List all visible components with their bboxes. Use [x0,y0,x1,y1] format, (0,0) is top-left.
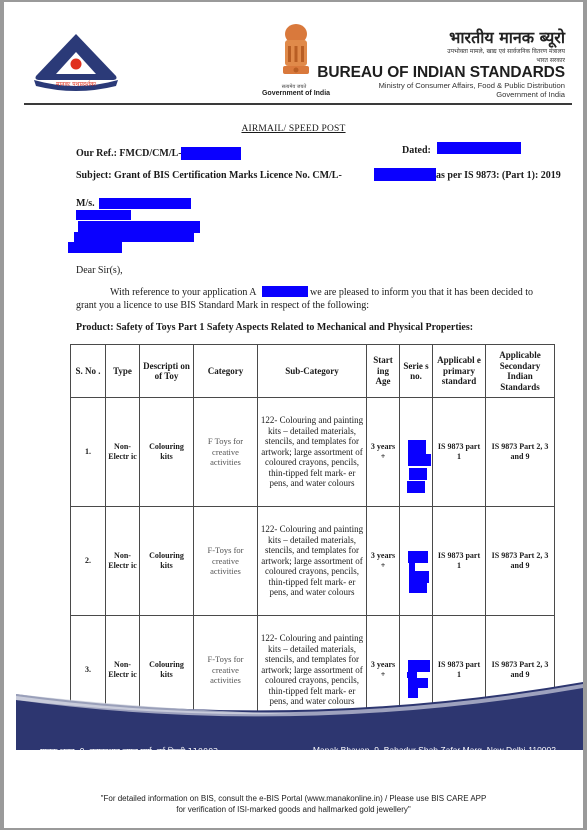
footer-band [16,682,583,750]
cell-subcategory: 122- Colouring and painting kits – detai… [258,398,367,507]
cell-sno: 2. [71,507,106,616]
header-subcategory: Sub-Category [258,345,367,398]
footer-contact-hindi: ई–मेल : info@bis.gov.in वेबसाईट : www.bi… [40,772,210,782]
subject-line: Subject: Grant of BIS Certification Mark… [76,170,342,181]
dispatch-mode: AIRMAIL/ SPEED POST [4,124,583,134]
cell-description: Colouring kits [140,398,194,507]
table-row: 2. Non- Electr ic Colouring kits F-Toys … [71,507,555,616]
org-name-hindi: भारतीय मानक ब्यूरो [449,26,565,48]
header-primary-standard: Applicabl e primary standard [433,345,486,398]
cell-type: Non- Electr ic [106,507,140,616]
body-paragraph-start: With reference to your application A [110,287,256,298]
redaction-date [437,142,521,154]
government-english: Government of India [496,90,565,99]
footer-address-hindi: मानक भवन, 9, बहादुरशाह ज़फर मार्ग, नई दि… [40,746,218,757]
svg-text:मानकः पथप्रदर्शकः: मानकः पथप्रदर्शकः [56,80,97,88]
cell-category: F Toys for creative activities [194,398,258,507]
footer-note-line-2: for verification of ISI-marked goods and… [0,805,587,814]
redaction-address-line-4 [74,232,194,242]
national-emblem-icon [276,20,316,88]
cell-series-redacted [400,507,433,616]
header-divider [24,103,572,105]
redaction-ref [181,147,241,160]
header-category: Category [194,345,258,398]
redaction-series [408,440,426,454]
cell-series-redacted [400,398,433,507]
header-secondary-standards: Applicable Secondary Indian Standards [486,345,555,398]
bis-logo-icon: मानकः पथप्रदर्शकः [30,30,122,92]
redaction-address-line-5 [68,242,122,253]
redaction-series [408,454,431,466]
org-name-english: BUREAU OF INDIAN STANDARDS [317,64,565,82]
table-header-row: S. No . Type Descripti on of Toy Categor… [71,345,555,398]
cell-primary-standard: IS 9873 part 1 [433,398,486,507]
dated-label: Dated: [402,145,431,156]
header-starting-age: Start ing Age [367,345,400,398]
redaction-series [408,551,428,563]
cell-description: Colouring kits [140,507,194,616]
footer-phone-english: Tel. : 23230131, 23233375, 23239402 [413,759,556,769]
footer-note-line-1: "For detailed information on BIS, consul… [0,794,587,803]
redaction-address-line-2 [76,210,131,220]
header-sno: S. No . [71,345,106,398]
header-series-no: Serie s no. [400,345,433,398]
cell-starting-age: 3 years + [367,507,400,616]
ministry-hindi: उपभोक्ता मामले, खाद्य एवं सार्वजनिक वितर… [447,47,565,55]
redaction-licence-number [374,168,436,181]
product-title: Product: Safety of Toys Part 1 Safety As… [76,322,473,333]
body-paragraph-continued: we are pleased to inform you that it has… [310,287,533,298]
cell-subcategory: 122- Colouring and painting kits – detai… [258,507,367,616]
redaction-series [409,468,427,480]
cell-category: F-Toys for creative activities [194,507,258,616]
redaction-series [408,660,430,672]
cell-primary-standard: IS 9873 part 1 [433,507,486,616]
emblem-caption: Government of India [256,90,336,97]
footer-address-english: Manak Bhavan, 9, Bahadur Shah Zafar Marg… [313,745,556,755]
redaction-series [409,583,427,593]
redaction-application-number [262,286,308,297]
cell-secondary-standards: IS 9873 Part 2, 3 and 9 [486,398,555,507]
header-description: Descripti on of Toy [140,345,194,398]
header-type: Type [106,345,140,398]
body-paragraph-line-2: grant you a licence to use BIS Standard … [76,300,369,311]
reference-number: Our Ref.: FMCD/CM/L- [76,148,182,159]
addressee-prefix: M/s. [76,198,95,209]
cell-sno: 1. [71,398,106,507]
salutation: Dear Sir(s), [76,265,123,276]
cell-type: Non- Electr ic [106,398,140,507]
redaction-address-line-1 [99,198,191,209]
redaction-series [407,481,425,493]
redaction-series [409,571,429,583]
cell-secondary-standards: IS 9873 Part 2, 3 and 9 [486,507,555,616]
ministry-english: Ministry of Consumer Affairs, Food & Pub… [379,81,565,90]
subject-standard: as per IS 9873: (Part 1): 2019 [436,170,561,181]
table-row: 1. Non- Electr ic Colouring kits F Toys … [71,398,555,507]
letter-page: मानकः पथप्रदर्शकः सत्यमेव जयते Governmen… [4,2,583,828]
licence-table: S. No . Type Descripti on of Toy Categor… [70,344,555,725]
footer-contact-english: e-mail : info@bis.gov.in Website : www.b… [373,773,556,783]
government-hindi: भारत सरकार [536,56,565,64]
cell-starting-age: 3 years + [367,398,400,507]
redaction-series [409,563,415,571]
footer-phone-hindi: दूरभाष : 23230131, 23233375, 23239402 [40,759,190,769]
